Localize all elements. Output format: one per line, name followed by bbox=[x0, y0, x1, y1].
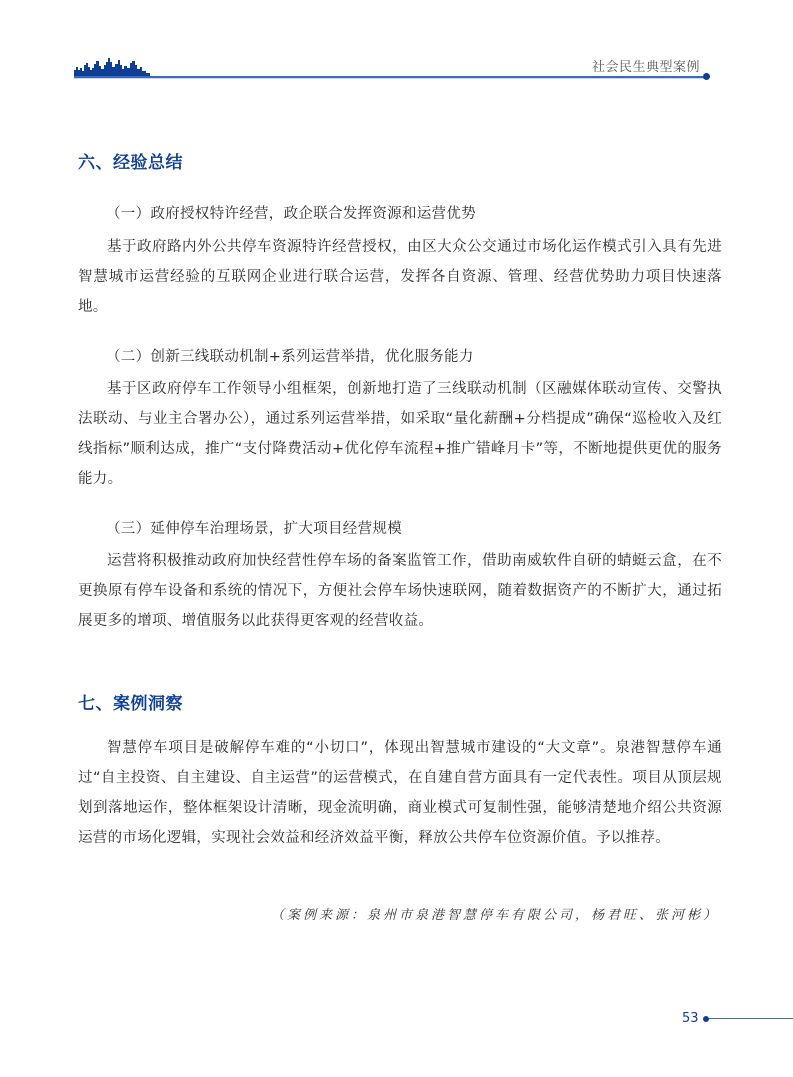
section-title-case-insight: 七、案例洞察 bbox=[78, 689, 183, 714]
subsection-title-2: （二）创新三线联动机制+系列运营举措，优化服务能力 bbox=[106, 345, 474, 366]
city-skyline-icon bbox=[74, 55, 150, 77]
section-title-experience-summary: 六、经验总结 bbox=[78, 148, 183, 173]
case-source: （案例来源：泉州市泉港智慧停车有限公司，杨君旺、张河彬） bbox=[271, 904, 719, 923]
page-header: 社会民生典型案例 bbox=[0, 0, 793, 100]
footer-divider bbox=[709, 1018, 793, 1019]
subsection-paragraph-2: 基于区政府停车工作领导小组框架，创新地打造了三线联动机制（区融媒体联动宣传、交警… bbox=[78, 374, 722, 494]
subsection-paragraph-1: 基于政府路内外公共停车资源特许经营授权，由区大众公交通过市场化运作模式引入具有先… bbox=[78, 232, 722, 322]
subsection-paragraph-3: 运营将积极推动政府加快经营性停车场的备案监管工作，借助南威软件自研的蜻蜓云盒，在… bbox=[78, 546, 722, 636]
header-title: 社会民生典型案例 bbox=[592, 56, 700, 75]
header-divider-shadow bbox=[74, 78, 706, 79]
subsection-title-3: （三）延伸停车治理场景，扩大项目经营规模 bbox=[106, 517, 402, 538]
footer-dot-icon bbox=[703, 1016, 709, 1022]
header-dot-icon bbox=[703, 73, 710, 80]
case-insight-paragraph: 智慧停车项目是破解停车难的“小切口”，体现出智慧城市建设的“大文章”。泉港智慧停… bbox=[78, 733, 722, 853]
page-number: 53 bbox=[682, 1011, 699, 1026]
subsection-title-1: （一）政府授权特许经营，政企联合发挥资源和运营优势 bbox=[106, 202, 476, 223]
